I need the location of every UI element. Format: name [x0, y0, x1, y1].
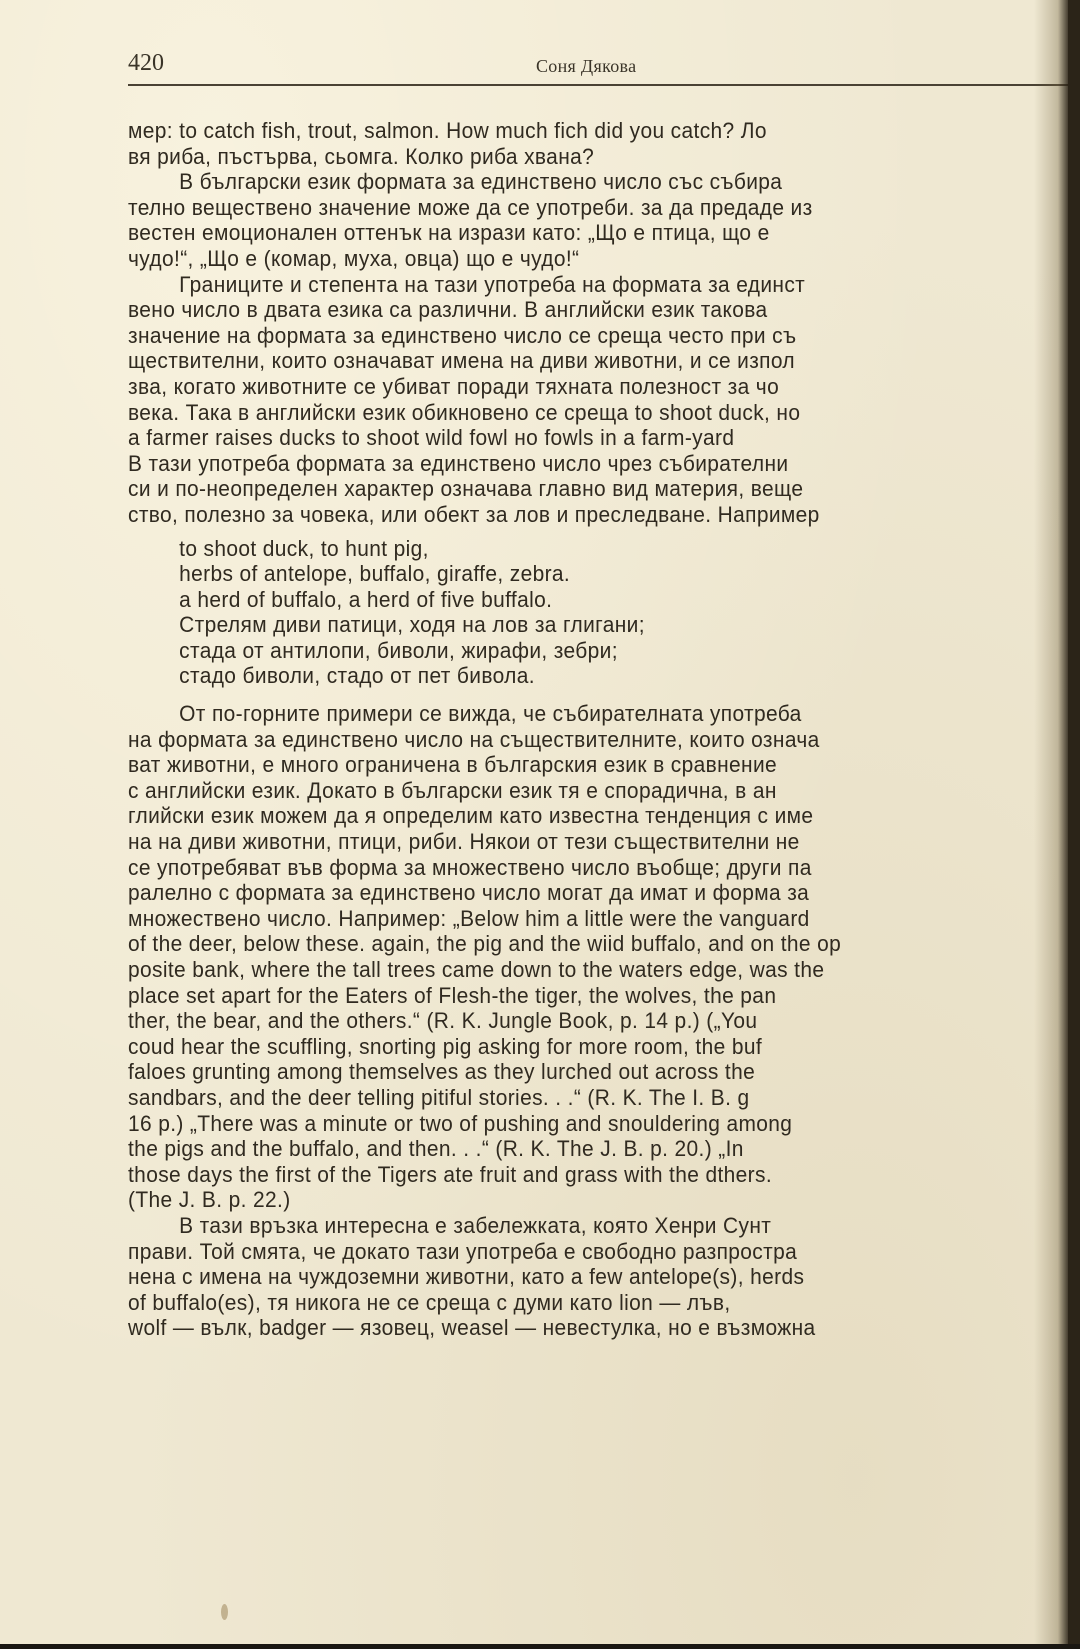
text-line: зва, когато животните се убиват поради т…	[128, 374, 1058, 400]
paragraph-start: В български език формата за единствено ч…	[128, 169, 1058, 195]
text-line: a farmer raises ducks to shoot wild fowl…	[128, 425, 1058, 451]
text-line: В тази употреба формата за единствено чи…	[128, 451, 1058, 477]
text-line: place set apart for the Eaters of Flesh-…	[128, 983, 1058, 1009]
text-line: мер: to catch fish, trout, salmon. How m…	[128, 118, 1058, 144]
text-line: на формата за единствено число на същест…	[128, 727, 1058, 753]
text-line: sandbars, and the deer telling pitiful s…	[128, 1085, 1058, 1111]
text-line: ралелно с формата за единствено число мо…	[128, 880, 1058, 906]
text-line: of buffalo(es), тя никога не се среща с …	[128, 1290, 1058, 1316]
text-line: those days the first of the Tigers ate f…	[128, 1162, 1058, 1188]
page-number: 420	[128, 50, 164, 77]
text-line: ство, полезно за човека, или обект за ло…	[128, 502, 1058, 528]
text-line: of the deer, below these. again, the pig…	[128, 931, 1058, 957]
text-line: вя риба, пъстърва, сьомга. Колко риба хв…	[128, 144, 1058, 170]
example-line: a herd of buffalo, a herd of five buffal…	[128, 587, 1058, 613]
text-line: значение на формата за единствено число …	[128, 323, 1058, 349]
text-line: глийски език можем да я определим като и…	[128, 803, 1058, 829]
example-line: стадо биволи, стадо от пет бивола.	[128, 663, 1058, 689]
page-edge-shadow	[1034, 0, 1068, 1644]
text-line: 16 p.) „There was a minute or two of pus…	[128, 1111, 1058, 1137]
spacer	[128, 528, 1058, 536]
scan-border-right	[1068, 0, 1080, 1649]
text-line: се употребяват във форма за множествено …	[128, 855, 1058, 881]
text-line: вено число в двата езика са различни. В …	[128, 297, 1058, 323]
text-line: чудо!“, „Що е (комар, муха, овца) що е ч…	[128, 246, 1058, 272]
text-line: the pigs and the buffalo, and then. . .“…	[128, 1136, 1058, 1162]
example-line: herbs of antelope, buffalo, giraffe, zeb…	[128, 561, 1058, 587]
text-line: века. Така в английски език обикновено с…	[128, 400, 1058, 426]
text-line: множествено число. Например: „Below him …	[128, 906, 1058, 932]
text-line: ther, the bear, and the others.“ (R. K. …	[128, 1008, 1058, 1034]
text-line: телно веществено значение може да се упо…	[128, 195, 1058, 221]
text-line: posite bank, where the tall trees came d…	[128, 957, 1058, 983]
example-line: стада от антилопи, биволи, жирафи, зебри…	[128, 638, 1058, 664]
text-line: ват животни, е много ограничена в българ…	[128, 752, 1058, 778]
paper-stain	[221, 1604, 228, 1620]
text-line: с английски език. Докато в български ези…	[128, 778, 1058, 804]
paragraph-start: От по-горните примери се вижда, че събир…	[128, 701, 1058, 727]
text-line: wolf — вълк, badger — язовец, weasel — н…	[128, 1315, 1058, 1341]
header-rule	[128, 84, 1068, 86]
paragraph-start: В тази връзка интересна е забележката, к…	[128, 1213, 1058, 1239]
running-title-author: Соня Дякова	[536, 56, 636, 77]
text-line: нена с имена на чуждоземни животни, като…	[128, 1264, 1058, 1290]
example-line: to shoot duck, to hunt pig,	[128, 536, 1058, 562]
running-head: 420 Соня Дякова	[128, 50, 1068, 86]
example-line: Стрелям диви патици, ходя на лов за глиг…	[128, 612, 1058, 638]
text-line: faloes grunting among themselves as they…	[128, 1059, 1058, 1085]
text-line: (The J. B. p. 22.)	[128, 1187, 1058, 1213]
book-page: 420 Соня Дякова мер: to catch fish, trou…	[0, 0, 1068, 1644]
paragraph-start: Границите и степента на тази употреба на…	[128, 272, 1058, 298]
spacer	[128, 689, 1058, 701]
text-line: си и по-неопределен характер означава гл…	[128, 476, 1058, 502]
text-line: прави. Той смята, че докато тази употреб…	[128, 1239, 1058, 1265]
text-line: coud hear the scuffling, snorting pig as…	[128, 1034, 1058, 1060]
body-text: мер: to catch fish, trout, salmon. How m…	[128, 118, 1058, 1341]
text-line: на на диви животни, птици, риби. Някои о…	[128, 829, 1058, 855]
text-line: вестен емоционален оттенък на изрази кат…	[128, 220, 1058, 246]
text-line: ществителни, които означават имена на ди…	[128, 348, 1058, 374]
scan-border-bottom	[0, 1644, 1080, 1649]
